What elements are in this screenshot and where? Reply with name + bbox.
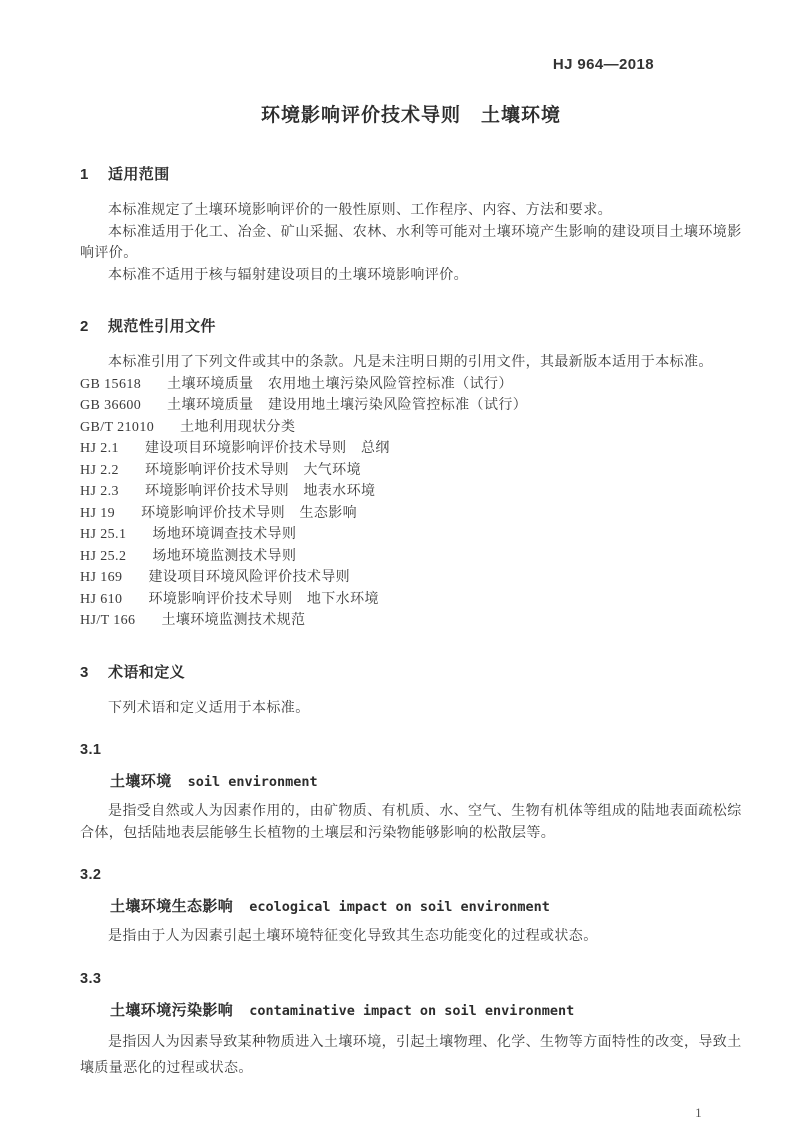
paragraph: 本标准适用于化工、冶金、矿山采掘、农林、水利等可能对土壤环境产生影响的建设项目土… (80, 222, 742, 265)
reference-code: HJ 25.2 (80, 546, 126, 568)
term-name-zh: 土壤环境 (110, 773, 172, 790)
reference-title: 环境影响评价技术导则 地下水环境 (148, 592, 378, 607)
section-2-label: 规范性引用文件 (108, 318, 216, 335)
reference-item: HJ 25.2场地环境监测技术导则 (80, 546, 742, 568)
reference-title: 建设项目环境影响评价技术导则 总纲 (145, 441, 390, 456)
reference-code: HJ 610 (80, 589, 122, 611)
paragraph: 本标准规定了土壤环境影响评价的一般性原则、工作程序、内容、方法和要求。 (80, 200, 742, 222)
section-1-label: 适用范围 (108, 166, 170, 183)
reference-item: HJ 2.1建设项目环境影响评价技术导则 总纲 (80, 438, 742, 460)
reference-title: 环境影响评价技术导则 生态影响 (141, 506, 357, 521)
reference-code: HJ 25.1 (80, 524, 126, 546)
reference-item: HJ 25.1场地环境调查技术导则 (80, 524, 742, 546)
reference-title: 土壤环境质量 农用地土壤污染风险管控标准（试行） (167, 377, 513, 392)
reference-item: HJ 19环境影响评价技术导则 生态影响 (80, 503, 742, 525)
reference-title: 场地环境调查技术导则 (152, 527, 296, 542)
section-1-number: 1 (80, 164, 94, 186)
term-heading: 土壤环境生态影响ecological impact on soil enviro… (80, 896, 742, 918)
reference-code: GB/T 21010 (80, 417, 154, 439)
section-2-intro: 本标准引用了下列文件或其中的条款。凡是未注明日期的引用文件，其最新版本适用于本标… (80, 352, 742, 374)
term-name-en: soil environment (188, 774, 318, 790)
reference-title: 土地利用现状分类 (180, 420, 295, 435)
term-definition: 是指由于人为因素引起土壤环境特征变化导致其生态功能变化的过程或状态。 (80, 926, 742, 948)
reference-item: HJ 169建设项目环境风险评价技术导则 (80, 567, 742, 589)
section-3-number: 3 (80, 662, 94, 684)
reference-item: HJ/T 166土壤环境监测技术规范 (80, 610, 742, 632)
reference-item: GB 15618土壤环境质量 农用地土壤污染风险管控标准（试行） (80, 374, 742, 396)
reference-code: GB 15618 (80, 374, 141, 396)
reference-code: GB 36600 (80, 395, 141, 417)
term-name-zh: 土壤环境污染影响 (110, 1002, 233, 1019)
term-definition: 是指因人为因素导致某种物质进入土壤环境，引起土壤物理、化学、生物等方面特性的改变… (80, 1030, 742, 1082)
document-title: 环境影响评价技术导则 土壤环境 (80, 102, 742, 130)
reference-item: GB/T 21010土地利用现状分类 (80, 417, 742, 439)
reference-item: HJ 2.3环境影响评价技术导则 地表水环境 (80, 481, 742, 503)
reference-code: HJ 169 (80, 567, 122, 589)
reference-title: 环境影响评价技术导则 大气环境 (145, 463, 361, 478)
section-2-number: 2 (80, 316, 94, 338)
term-number: 3.2 (80, 864, 742, 886)
standard-number: HJ 964—2018 (80, 56, 654, 74)
term-3-3: 3.3 土壤环境污染影响contaminative impact on soil… (80, 968, 742, 1082)
reference-title: 土壤环境监测技术规范 (161, 613, 305, 628)
section-3-heading: 3术语和定义 (80, 662, 742, 684)
term-number: 3.3 (80, 968, 742, 990)
term-definition: 是指受自然或人为因素作用的，由矿物质、有机质、水、空气、生物有机体等组成的陆地表… (80, 801, 742, 844)
reference-code: HJ 2.2 (80, 460, 119, 482)
page-number: 1 (80, 1104, 702, 1122)
reference-code: HJ 2.3 (80, 481, 119, 503)
reference-item: HJ 2.2环境影响评价技术导则 大气环境 (80, 460, 742, 482)
reference-title: 场地环境监测技术导则 (152, 549, 296, 564)
reference-title: 环境影响评价技术导则 地表水环境 (145, 484, 375, 499)
reference-title: 土壤环境质量 建设用地土壤污染风险管控标准（试行） (167, 398, 527, 413)
term-number: 3.1 (80, 739, 742, 761)
term-heading: 土壤环境soil environment (80, 771, 742, 793)
reference-code: HJ 19 (80, 503, 115, 525)
term-heading: 土壤环境污染影响contaminative impact on soil env… (80, 1000, 742, 1022)
reference-list: GB 15618土壤环境质量 农用地土壤污染风险管控标准（试行） GB 3660… (80, 374, 742, 632)
reference-code: HJ/T 166 (80, 610, 135, 632)
section-1-body: 本标准规定了土壤环境影响评价的一般性原则、工作程序、内容、方法和要求。 本标准适… (80, 200, 742, 286)
section-2-heading: 2规范性引用文件 (80, 316, 742, 338)
reference-item: GB 36600土壤环境质量 建设用地土壤污染风险管控标准（试行） (80, 395, 742, 417)
section-1-heading: 1适用范围 (80, 164, 742, 186)
term-3-2: 3.2 土壤环境生态影响ecological impact on soil en… (80, 864, 742, 948)
section-3-intro: 下列术语和定义适用于本标准。 (80, 698, 742, 720)
term-3-1: 3.1 土壤环境soil environment 是指受自然或人为因素作用的，由… (80, 739, 742, 844)
reference-title: 建设项目环境风险评价技术导则 (148, 570, 350, 585)
term-name-en: ecological impact on soil environment (249, 899, 550, 915)
term-name-en: contaminative impact on soil environment (249, 1003, 574, 1019)
reference-code: HJ 2.1 (80, 438, 119, 460)
reference-item: HJ 610环境影响评价技术导则 地下水环境 (80, 589, 742, 611)
document-page: HJ 964—2018 环境影响评价技术导则 土壤环境 1适用范围 本标准规定了… (0, 0, 800, 1132)
term-name-zh: 土壤环境生态影响 (110, 898, 233, 915)
paragraph: 本标准不适用于核与辐射建设项目的土壤环境影响评价。 (80, 265, 742, 287)
section-3-label: 术语和定义 (108, 664, 185, 681)
